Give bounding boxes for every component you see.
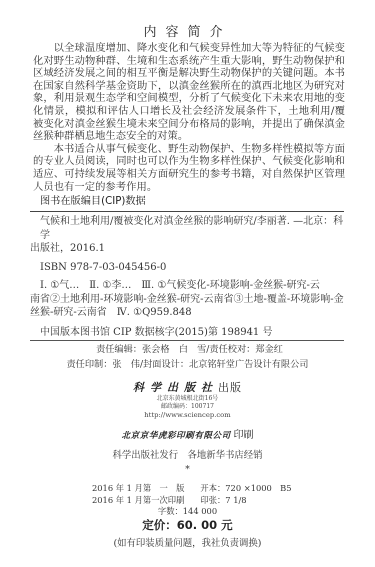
cip-bottom-rule — [30, 340, 344, 341]
cip-record-line-2: 出版社，2016.1 — [30, 242, 344, 256]
publisher-url: http://www.sciencep.com — [0, 411, 375, 420]
specs-row-1: 2016 年 1 月第 一 版开本：720 ×1000 B5 — [92, 483, 292, 495]
publisher-postcode: 邮政编码：100717 — [0, 403, 375, 411]
quality-notice: (如有印装质量问题，我社负责调换) — [0, 537, 375, 550]
cip-record: 气候和土地利用/覆被变化对滇金丝猴的影响研究/李丽著. —北京：科学 出版社，2… — [30, 215, 344, 256]
summary-paragraph-1: 以全球温度增加、降水变化和气候变异性加大等为特征的气候变化对野生动物种群、生境和… — [33, 42, 345, 143]
content-summary: 以全球温度增加、降水变化和气候变异性加大等为特征的气候变化对野生动物种群、生境和… — [33, 42, 345, 193]
copyright-page: 内容简介 以全球温度增加、降水变化和气候变异性加大等为特征的气候变化对野生动物种… — [0, 0, 375, 567]
edition-info: 2016 年 1 月第 一 版 — [92, 483, 184, 493]
cip-classification-line-2: 南省②土地利用-环境影响-金丝猴-研究-云南省③土地-覆盖-环境影响-金 — [30, 293, 344, 307]
publisher-block: 科学出版社出版 北京东黄城根北街16号 邮政编码：100717 http://w… — [0, 381, 375, 420]
distribution-line: 科学出版社发行 各地新华书店经销 — [0, 450, 375, 462]
cip-verification: 中国版本图书馆 CIP 数据核字(2015)第 198941 号 — [30, 325, 344, 340]
credits-production: 责任印制：张 伟/封面设计：北京铭轩堂广告设计有限公司 — [0, 357, 375, 372]
publisher-line: 科学出版社出版 — [0, 381, 375, 395]
cip-isbn: ISBN 978-7-03-045456-0 — [30, 261, 344, 275]
summary-paragraph-2: 本书适合从事气候变化、野生动物保护、生物多样性模拟等方面的专业人员阅读，同时也可… — [33, 143, 345, 193]
cip-record-line-1: 气候和土地利用/覆被变化对滇金丝猴的影响研究/李丽著. —北京：科学 — [30, 215, 344, 242]
printer-line: 北京京华虎彩印刷有限公司 印刷 — [0, 429, 375, 443]
sheets-info: 印张：7 1/8 — [200, 495, 246, 505]
cip-heading: 图书在版编目(CIP)数据 — [30, 195, 344, 211]
format-info: 开本：720 ×1000 B5 — [200, 483, 291, 493]
printing-info: 2016 年 1 月第一次印刷 — [92, 495, 184, 505]
printer-name: 北京京华虎彩印刷有限公司 — [122, 431, 231, 441]
credits-editors: 责任编辑：张会格 白 雪/责任校对：郑金红 — [0, 342, 375, 357]
publisher-action: 出版 — [218, 381, 242, 394]
cip-classification: Ⅰ. ①气… Ⅱ. ①李… Ⅲ. ①气候变化-环境影响-金丝猴-研究-云 南省②… — [30, 279, 344, 320]
edition-specs: 2016 年 1 月第 一 版开本：720 ×1000 B5 2016 年 1 … — [92, 483, 292, 506]
cip-classification-line-1: Ⅰ. ①气… Ⅱ. ①李… Ⅲ. ①气候变化-环境影响-金丝猴-研究-云 — [30, 279, 344, 293]
cip-isbn-block: ISBN 978-7-03-045456-0 — [30, 261, 344, 275]
price: 定价：60. 00 元 — [0, 517, 375, 533]
credits: 责任编辑：张会格 白 雪/责任校对：郑金红 责任印制：张 伟/封面设计：北京铭轩… — [0, 342, 375, 372]
publisher-address: 北京东黄城根北街16号 — [0, 395, 375, 403]
star-separator: * — [0, 465, 375, 475]
specs-row-2: 2016 年 1 月第一次印刷印张：7 1/8 — [92, 495, 292, 507]
cip-body: 气候和土地利用/覆被变化对滇金丝猴的影响研究/李丽著. —北京：科学 出版社，2… — [30, 212, 344, 320]
printer-action: 印刷 — [233, 430, 253, 441]
cip-classification-line-3: 丝猴-研究-云南省 Ⅳ. ①Q959.848 — [30, 306, 344, 320]
word-count: 字数：144 000 — [0, 506, 375, 517]
publisher-name: 科学出版社 — [133, 381, 218, 394]
page-title: 内容简介 — [0, 21, 375, 40]
cip-data-block: 图书在版编目(CIP)数据 气候和土地利用/覆被变化对滇金丝猴的影响研究/李丽著… — [30, 195, 344, 341]
